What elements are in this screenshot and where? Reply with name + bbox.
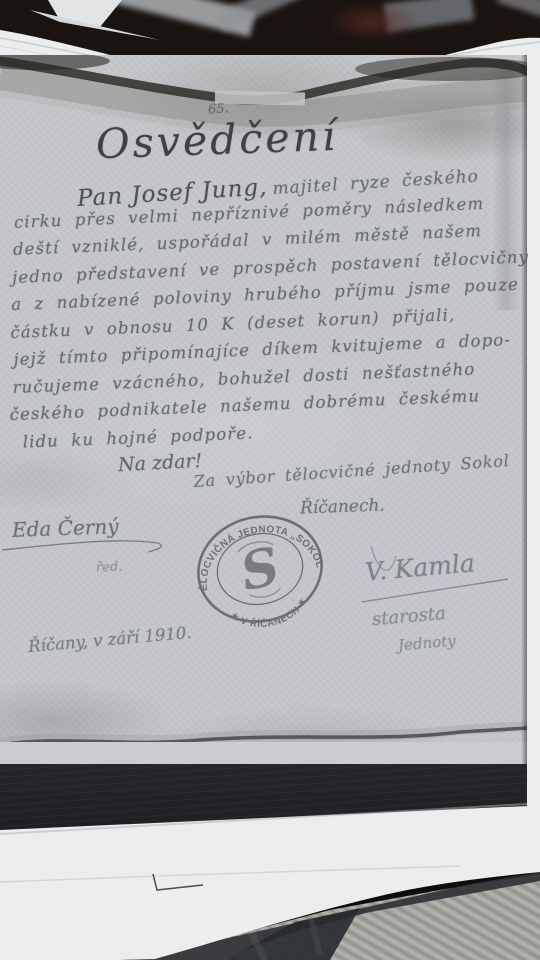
salute: Na zdar! (117, 450, 202, 476)
sokol-stamp-seal: TĚLOCVIČNÁ JEDNOTA „SOKOL“ ✶ V ŘÍČANECH … (192, 512, 328, 636)
body-text: cirku přes velmi nepříznivé poměry násle… (0, 192, 540, 469)
stamp-monogram: S (235, 536, 284, 603)
body-line: lidu ku hojné podpoře. (22, 423, 253, 451)
edge-gap (215, 97, 305, 99)
document-title: Osvědčení (95, 112, 339, 168)
signature-left-note: řed. (96, 559, 123, 575)
photo-of-sokol-certificate: 65. Osvědčení Pan Josef Jung, majitel ry… (0, 0, 540, 960)
signature-left: Eda Černý (12, 514, 119, 542)
scan-light-strip (0, 742, 527, 766)
